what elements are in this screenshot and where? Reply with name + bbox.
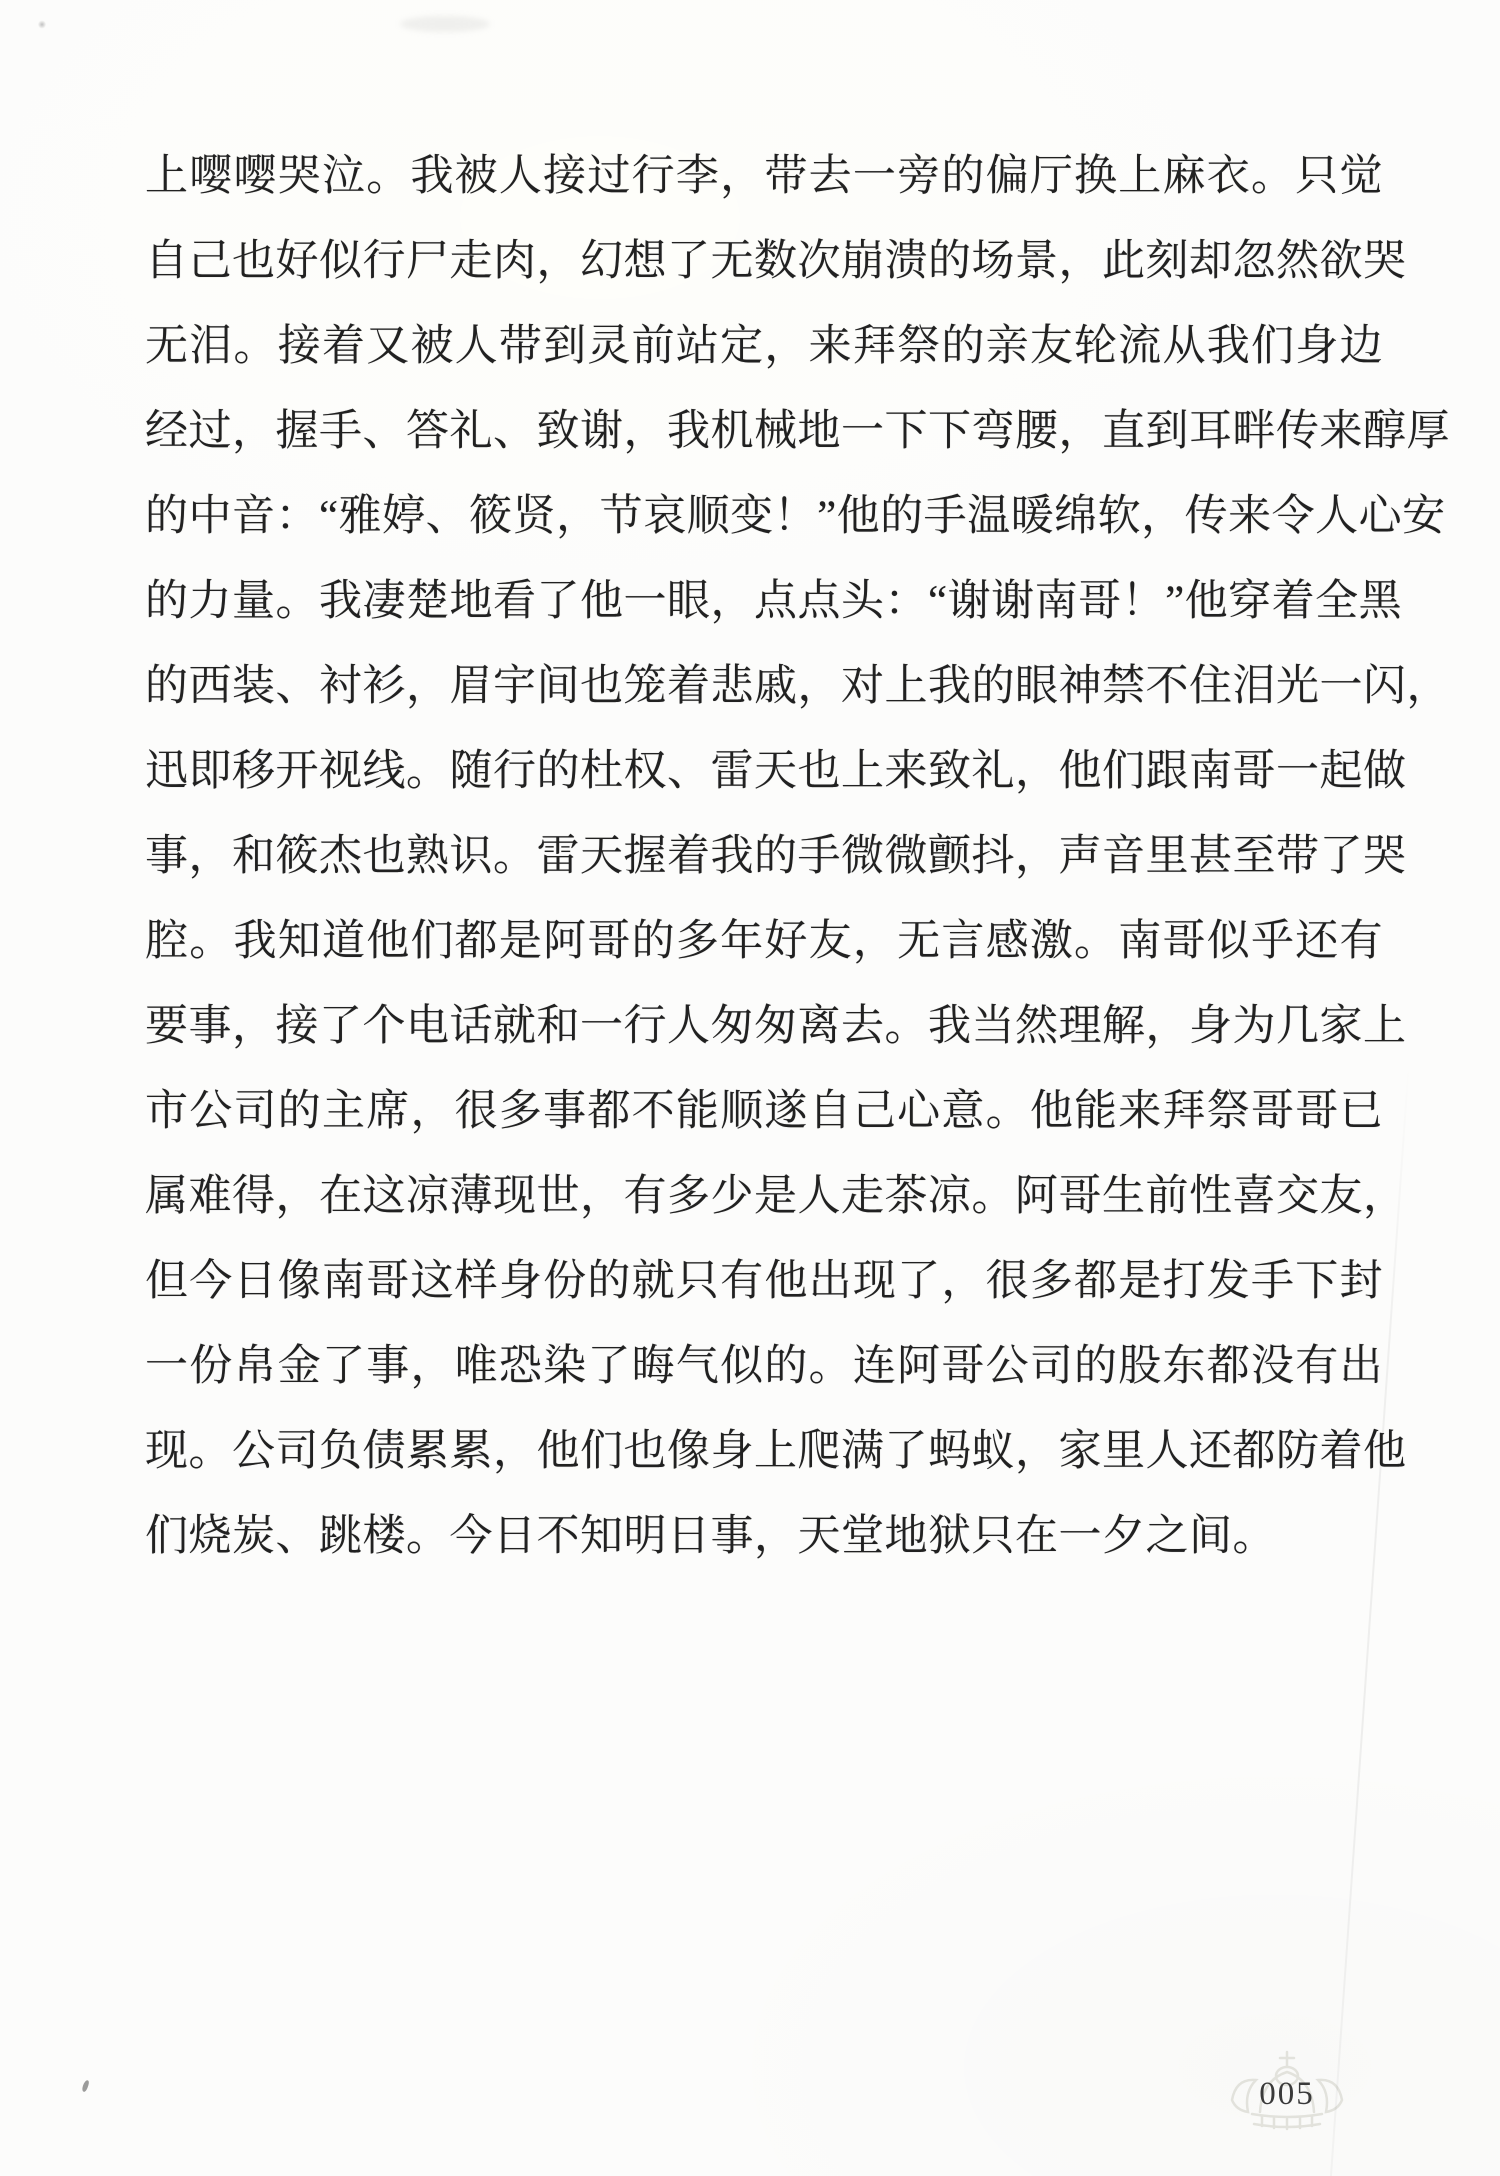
page-number: 005: [1222, 2076, 1352, 2113]
text-line: 事，和筱杰也熟识。雷天握着我的手微微颤抖，声音里甚至带了哭: [145, 814, 1383, 899]
body-text: 上嘤嘤哭泣。我被人接过行李，带去一旁的偏厅换上麻衣。只觉 自己也好似行尸走肉，幻…: [145, 134, 1383, 1579]
text-line: 无泪。接着又被人带到灵前站定，来拜祭的亲友轮流从我们身边: [145, 304, 1383, 389]
text-line: 属难得，在这凉薄现世，有多少是人走茶凉。阿哥生前性喜交友，: [145, 1154, 1383, 1239]
text-line: 一份帛金了事，唯恐染了晦气似的。连阿哥公司的股东都没有出: [145, 1324, 1383, 1409]
text-line: 市公司的主席，很多事都不能顺遂自己心意。他能来拜祭哥哥已: [145, 1069, 1383, 1154]
text-line: 的西装、衬衫，眉宇间也笼着悲戚，对上我的眼神禁不住泪光一闪，: [145, 644, 1383, 729]
text-line: 经过，握手、答礼、致谢，我机械地一下下弯腰，直到耳畔传来醇厚: [145, 389, 1383, 474]
text-line: 的力量。我凄楚地看了他一眼，点点头：“谢谢南哥！”他穿着全黑: [145, 559, 1383, 644]
text-line: 上嘤嘤哭泣。我被人接过行李，带去一旁的偏厅换上麻衣。只觉: [145, 134, 1383, 219]
book-page: 上嘤嘤哭泣。我被人接过行李，带去一旁的偏厅换上麻衣。只觉 自己也好似行尸走肉，幻…: [0, 0, 1500, 2176]
text-line: 现。公司负债累累，他们也像身上爬满了蚂蚁，家里人还都防着他: [145, 1409, 1383, 1494]
text-line: 们烧炭、跳楼。今日不知明日事，天堂地狱只在一夕之间。: [145, 1494, 1383, 1579]
scan-speck-bottom: [81, 2080, 89, 2093]
text-line: 自己也好似行尸走肉，幻想了无数次崩溃的场景，此刻却忽然欲哭: [145, 219, 1383, 304]
text-line: 腔。我知道他们都是阿哥的多年好友，无言感激。南哥似乎还有: [145, 899, 1383, 984]
scan-speck-top: [38, 20, 46, 29]
text-line: 迅即移开视线。随行的杜权、雷天也上来致礼，他们跟南哥一起做: [145, 729, 1383, 814]
scan-smudge: [400, 16, 490, 32]
text-line: 但今日像南哥这样身份的就只有他出现了，很多都是打发手下封: [145, 1239, 1383, 1324]
text-line: 要事，接了个电话就和一行人匆匆离去。我当然理解，身为几家上: [145, 984, 1383, 1069]
text-line: 的中音：“雅婷、筱贤，节哀顺变！”他的手温暖绵软，传来令人心安: [145, 474, 1383, 559]
